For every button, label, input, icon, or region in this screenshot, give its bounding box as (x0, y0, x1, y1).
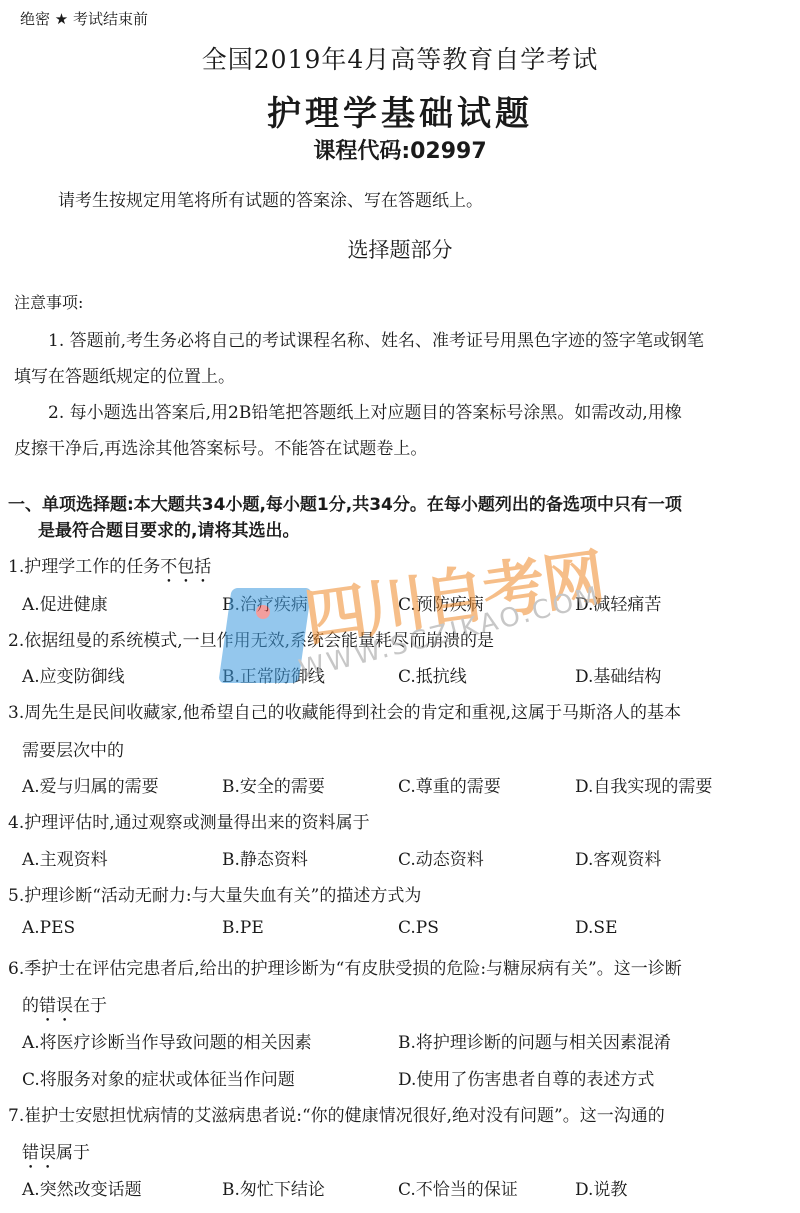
q2-option-b: B.正常防御线 (222, 662, 325, 687)
q7-option-d: D.说教 (575, 1175, 627, 1200)
q6-option-b: B.将护理诊断的问题与相关因素混淆 (398, 1028, 671, 1053)
note-1-line1: 1. 答题前,考生务必将自己的考试课程名称、姓名、准考证号用黑色字迹的签字笔或钢… (48, 326, 704, 351)
question-5-stem: 5.护理诊断“活动无耐力:与大量失血有关”的描述方式为 (8, 881, 421, 906)
q5-option-d: D.SE (575, 918, 617, 938)
question-4-stem: 4.护理评估时,通过观察或测量得出来的资料属于 (8, 808, 370, 833)
question-2-stem: 2.依据纽曼的系统模式,一旦作用无效,系统会能量耗尽而崩溃的是 (8, 626, 494, 651)
q4-option-d: D.客观资料 (575, 845, 661, 870)
note-2-line2: 皮擦干净后,再选涂其他答案标号。不能答在试题卷上。 (14, 434, 427, 459)
q2-option-a: A.应变防御线 (22, 662, 125, 687)
question-6-stem: 6.季护士在评估完患者后,给出的护理诊断为“有皮肤受损的危险:与糖尿病有关”。这… (8, 954, 682, 979)
q7-option-c: C.不恰当的保证 (398, 1175, 518, 1200)
instruction: 请考生按规定用笔将所有试题的答案涂、写在答题纸上。 (58, 186, 483, 211)
q7-option-a: A.突然改变话题 (22, 1175, 142, 1200)
q6-option-a: A.将医疗诊断当作导致问题的相关因素 (22, 1028, 312, 1053)
note-1-line2: 填写在答题纸规定的位置上。 (14, 362, 235, 387)
q2-option-d: D.基础结构 (575, 662, 661, 687)
q5-option-b: B.PE (222, 918, 264, 938)
q4-option-a: A.主观资料 (22, 845, 108, 870)
section-heading-line2: 是最符合题目要求的,请将其选出。 (38, 516, 299, 541)
q3-option-b: B.安全的需要 (222, 772, 325, 797)
q4-option-b: B.静态资料 (222, 845, 308, 870)
q5-option-c: C.PS (398, 918, 439, 938)
q5-option-a: A.PES (22, 918, 75, 938)
q3-option-c: C.尊重的需要 (398, 772, 501, 797)
q1-option-a: A.促进健康 (22, 590, 108, 615)
exam-title: 全国2019年4月高等教育自学考试 (0, 40, 800, 76)
emphasis-text: 错误 (22, 1143, 56, 1163)
question-6-stem-cont: 的错误在于 (22, 991, 107, 1026)
question-1-stem: 1.护理学工作的任务不包括 (8, 552, 211, 587)
notes-label: 注意事项: (14, 290, 83, 313)
q1-option-c: C.预防疾病 (398, 590, 484, 615)
subject-title: 护理学基础试题 (0, 86, 800, 135)
confidential-mark: 绝密 ★ 考试结束前 (20, 8, 148, 29)
q1-option-d: D.减轻痛苦 (575, 590, 661, 615)
q7-option-b: B.匆忙下结论 (222, 1175, 325, 1200)
q4-option-c: C.动态资料 (398, 845, 484, 870)
emphasis-text: 错误 (39, 996, 73, 1016)
q1-option-b: B.治疗疾病 (222, 590, 308, 615)
q3-option-d: D.自我实现的需要 (575, 772, 712, 797)
question-3-stem-cont: 需要层次中的 (22, 736, 124, 761)
part-title: 选择题部分 (0, 234, 800, 264)
q3-option-a: A.爱与归属的需要 (22, 772, 159, 797)
note-2-line1: 2. 每小题选出答案后,用2B铅笔把答题纸上对应题目的答案标号涂黑。如需改动,用… (48, 398, 682, 423)
question-3-stem: 3.周先生是民间收藏家,他希望自己的收藏能得到社会的肯定和重视,这属于马斯洛人的… (8, 698, 681, 723)
emphasis-text: 不包括 (160, 557, 211, 577)
q2-option-c: C.抵抗线 (398, 662, 467, 687)
q6-option-c: C.将服务对象的症状或体征当作问题 (22, 1065, 295, 1090)
section-heading-line1: 一、单项选择题:本大题共34小题,每小题1分,共34分。在每小题列出的备选项中只… (8, 490, 682, 515)
question-7-stem-cont: 错误属于 (22, 1138, 90, 1173)
course-code: 课程代码:02997 (0, 134, 800, 165)
question-7-stem: 7.崔护士安慰担忧病情的艾滋病患者说:“你的健康情况很好,绝对没有问题”。这一沟… (8, 1101, 665, 1126)
q6-option-d: D.使用了伤害患者自尊的表述方式 (398, 1065, 654, 1090)
